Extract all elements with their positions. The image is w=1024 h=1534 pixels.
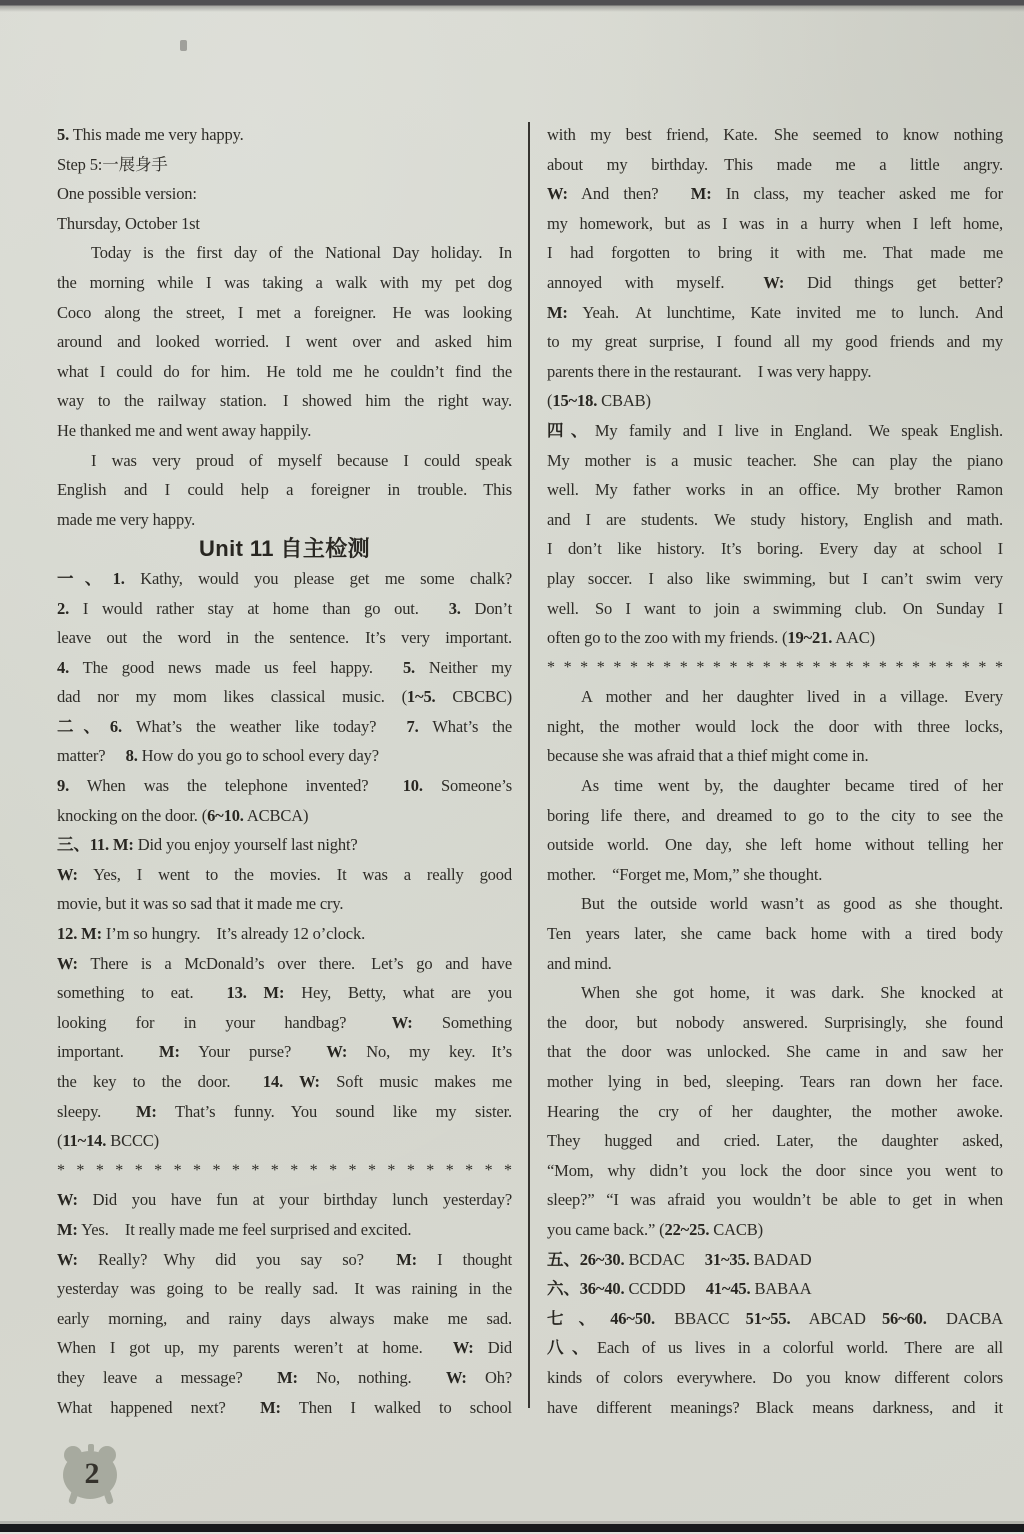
- text-line: 12. M: I’m so hungry. It’s already 12 o’…: [57, 919, 512, 949]
- page-footer: 2: [58, 1442, 126, 1508]
- text-line: 9. When was the telephone invented? 10. …: [57, 771, 512, 801]
- text-line: Today is the first day of the National D…: [57, 238, 512, 268]
- right-column: with my best friend, Kate. She seemed to…: [547, 120, 1003, 1422]
- text-line: Thursday, October 1st: [57, 209, 512, 239]
- text-line: important. M: Your purse? W: No, my key.…: [57, 1037, 512, 1067]
- text-line: something to eat. 13. M: Hey, Betty, wha…: [57, 978, 512, 1008]
- text-line: the door, but nobody answered. Surprisin…: [547, 1008, 1003, 1038]
- text-line: matter? 8. How do you go to school every…: [57, 741, 512, 771]
- text-line: play soccer. I also like swimming, but I…: [547, 564, 1003, 594]
- text-line: the key to the door. 14. W: Soft music m…: [57, 1067, 512, 1097]
- text-line: (11~14. BCCC): [57, 1126, 512, 1156]
- section-heading: Unit 11 自主检测: [57, 534, 512, 564]
- separator-asterisks: * * * * * * * * * * * * * * * * * * * * …: [547, 653, 1003, 683]
- text-line: outside world. One day, she left home wi…: [547, 830, 1003, 860]
- text-line: 5. This made me very happy.: [57, 120, 512, 150]
- text-line: English and I could help a foreigner in …: [57, 475, 512, 505]
- text-line: made me very happy.: [57, 505, 512, 535]
- text-line: I don’t like history. It’s boring. Every…: [547, 534, 1003, 564]
- text-line: 2. I would rather stay at home than go o…: [57, 594, 512, 624]
- text-line: sleep?” “I was afraid you wouldn’t be ab…: [547, 1185, 1003, 1215]
- text-line: “Mom, why didn’t you lock the door since…: [547, 1156, 1003, 1186]
- text-line: What happened next? M: Then I walked to …: [57, 1393, 512, 1423]
- text-line: yesterday was going to be really sad. It…: [57, 1274, 512, 1304]
- text-line: As time went by, the daughter became tir…: [547, 771, 1003, 801]
- text-line: W: Really? Why did you say so? M: I thou…: [57, 1245, 512, 1275]
- text-line: Hearing the cry of her daughter, the mot…: [547, 1097, 1003, 1127]
- text-line: 三、11. M: Did you enjoy yourself last nig…: [57, 830, 512, 860]
- text-line: He thanked me and went away happily.: [57, 416, 512, 446]
- text-line: that the door was unlocked. She came in …: [547, 1037, 1003, 1067]
- text-line: they leave a message? M: No, nothing. W:…: [57, 1363, 512, 1393]
- scan-edge-bottom: [0, 1524, 1024, 1532]
- text-line: sleepy. M: That’s funny. You sound like …: [57, 1097, 512, 1127]
- text-line: I was very proud of myself because I cou…: [57, 446, 512, 476]
- text-line: 二、6. What’s the weather like today? 7. W…: [57, 712, 512, 742]
- text-line: 四、My family and I live in England. We sp…: [547, 416, 1003, 446]
- text-line: W: And then? M: In class, my teacher ask…: [547, 179, 1003, 209]
- text-line: kinds of colors everywhere. Do you know …: [547, 1363, 1003, 1393]
- page-number: 2: [58, 1454, 126, 1494]
- text-line: often go to the zoo with my friends. (19…: [547, 623, 1003, 653]
- text-line: knocking on the door. (6~10. ACBCA): [57, 801, 512, 831]
- text-line: 八、Each of us lives in a colorful world. …: [547, 1333, 1003, 1363]
- text-line: M: Yeah. At lunchtime, Kate invited me t…: [547, 298, 1003, 328]
- text-line: have different meanings? Black means dar…: [547, 1393, 1003, 1423]
- text-line: well. So I want to join a swimming club.…: [547, 594, 1003, 624]
- text-line: mother. “Forget me, Mom,” she thought.: [547, 860, 1003, 890]
- text-line: 一、1. Kathy, would you please get me some…: [57, 564, 512, 594]
- text-line: W: Yes, I went to the movies. It was a r…: [57, 860, 512, 890]
- text-line: I had forgotten to bring it with me. Tha…: [547, 238, 1003, 268]
- text-line: my homework, but as I was in a hurry whe…: [547, 209, 1003, 239]
- text-line: about my birthday. This made me a little…: [547, 150, 1003, 180]
- text-line: When she got home, it was dark. She knoc…: [547, 978, 1003, 1008]
- text-line: Step 5:一展身手: [57, 150, 512, 180]
- column-divider: [528, 122, 530, 1408]
- text-line: One possible version:: [57, 179, 512, 209]
- text-line: 六、36~40. CCDDD 41~45. BABAA: [547, 1274, 1003, 1304]
- text-line: parents there in the restaurant. I was v…: [547, 357, 1003, 387]
- text-line: But the outside world wasn’t as good as …: [547, 889, 1003, 919]
- text-line: A mother and her daughter lived in a vil…: [547, 682, 1003, 712]
- text-line: When I got up, my parents weren’t at hom…: [57, 1333, 512, 1363]
- text-line: Ten years later, she came back home with…: [547, 919, 1003, 949]
- text-line: looking for in your handbag? W: Somethin…: [57, 1008, 512, 1038]
- text-line: well. My father works in an office. My b…: [547, 475, 1003, 505]
- scanned-page: 5. This made me very happy.Step 5:一展身手On…: [0, 0, 1024, 1534]
- text-line: way to the railway station. I showed him…: [57, 386, 512, 416]
- text-line: W: There is a McDonald’s over there. Let…: [57, 949, 512, 979]
- left-column: 5. This made me very happy.Step 5:一展身手On…: [57, 120, 512, 1422]
- text-line: what I could do for him. He told me he c…: [57, 357, 512, 387]
- text-line: annoyed with myself. W: Did things get b…: [547, 268, 1003, 298]
- scan-speck: [180, 40, 187, 51]
- text-line: They hugged and cried. Later, the daught…: [547, 1126, 1003, 1156]
- text-line: night, the mother would lock the door wi…: [547, 712, 1003, 742]
- text-line: movie, but it was so sad that it made me…: [57, 889, 512, 919]
- text-line: around and looked worried. I went over a…: [57, 327, 512, 357]
- text-line: to my great surprise, I found all my goo…: [547, 327, 1003, 357]
- text-line: the morning while I was taking a walk wi…: [57, 268, 512, 298]
- text-line: 五、26~30. BCDAC 31~35. BADAD: [547, 1245, 1003, 1275]
- text-line: M: Yes. It really made me feel surprised…: [57, 1215, 512, 1245]
- text-line: My mother is a music teacher. She can pl…: [547, 446, 1003, 476]
- text-line: mother lying in bed, sleeping. Tears ran…: [547, 1067, 1003, 1097]
- scan-edge-top: [0, 0, 1024, 12]
- text-line: because she was afraid that a thief migh…: [547, 741, 1003, 771]
- separator-asterisks: * * * * * * * * * * * * * * * * * * * * …: [57, 1156, 512, 1186]
- text-line: 七、46~50. BBACC 51~55. ABCAD 56~60. DACBA: [547, 1304, 1003, 1334]
- text-line: early morning, and rainy days always mak…: [57, 1304, 512, 1334]
- text-line: and I are students. We study history, En…: [547, 505, 1003, 535]
- text-line: leave out the word in the sentence. It’s…: [57, 623, 512, 653]
- text-line: boring life there, and dreamed to go to …: [547, 801, 1003, 831]
- text-line: you came back.” (22~25. CACB): [547, 1215, 1003, 1245]
- text-line: Coco along the street, I met a foreigner…: [57, 298, 512, 328]
- text-line: 4. The good news made us feel happy. 5. …: [57, 653, 512, 683]
- text-line: and mind.: [547, 949, 1003, 979]
- text-line: W: Did you have fun at your birthday lun…: [57, 1185, 512, 1215]
- text-line: (15~18. CBAB): [547, 386, 1003, 416]
- text-line: with my best friend, Kate. She seemed to…: [547, 120, 1003, 150]
- text-line: dad nor my mom likes classical music. (1…: [57, 682, 512, 712]
